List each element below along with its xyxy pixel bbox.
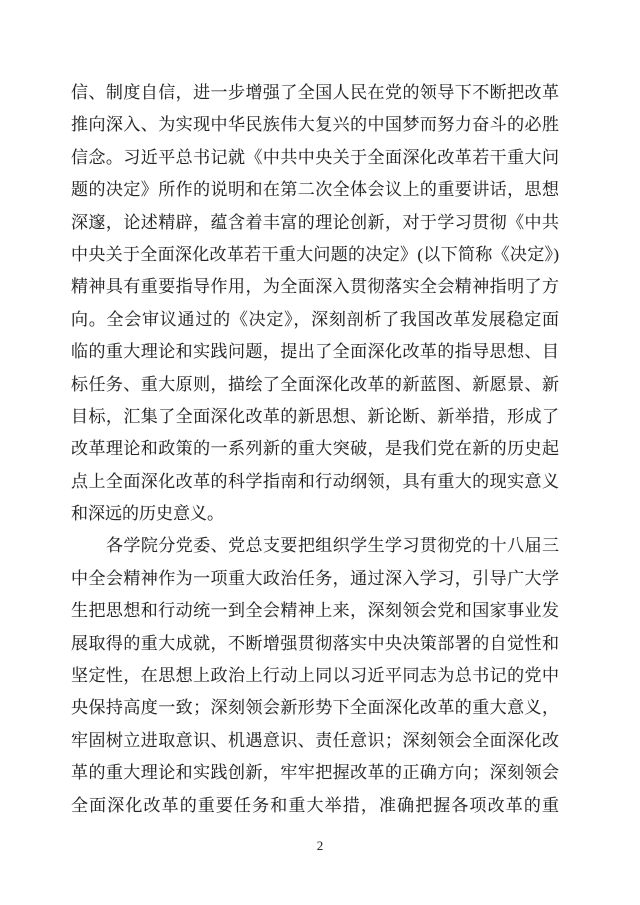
text-line: 牢固树立进取意识、机遇意识、责任意识；深刻领会全面深化改 [71,725,559,757]
text-line: 点上全面深化改革的科学指南和行动纲领，具有重大的现实意义 [71,466,559,498]
text-line: 央保持高度一致；深刻领会新形势下全面深化改革的重大意义， [71,692,559,724]
text-line: 生把思想和行动统一到全会精神上来，深刻领会党和国家事业发 [71,595,559,627]
page-number: 2 [0,838,640,854]
document-page: 信、制度自信，进一步增强了全国人民在党的领导下不断把改革推向深入、为实现中华民族… [0,0,640,905]
text-line: 深邃，论述精辟，蕴含着丰富的理论创新，对于学习贯彻《中共 [71,207,559,239]
text-line: 中央关于全面深化改革若干重大问题的决定》(以下简称《决定》) [71,239,559,271]
text-line: 信、制度自信，进一步增强了全国人民在党的领导下不断把改革 [71,77,559,109]
text-line: 目标，汇集了全面深化改革的新思想、新论断、新举措，形成了 [71,401,559,433]
text-line: 推向深入、为实现中华民族伟大复兴的中国梦而努力奋斗的必胜 [71,109,559,141]
text-line: 临的重大理论和实践问题，提出了全面深化改革的指导思想、目 [71,336,559,368]
text-line: 精神具有重要指导作用，为全面深入贯彻落实全会精神指明了方 [71,271,559,303]
text-line: 向。全会审议通过的《决定》，深刻剖析了我国改革发展稳定面 [71,304,559,336]
text-line: 标任务、重大原则，描绘了全面深化改革的新蓝图、新愿景、新 [71,369,559,401]
text-line: 信念。习近平总书记就《中共中央关于全面深化改革若干重大问 [71,142,559,174]
text-line: 题的决定》所作的说明和在第二次全体会议上的重要讲话，思想 [71,174,559,206]
text-line: 和深远的历史意义。 [71,498,559,530]
text-line: 各学院分党委、党总支要把组织学生学习贯彻党的十八届三 [71,530,559,562]
page-body-text: 信、制度自信，进一步增强了全国人民在党的领导下不断把改革推向深入、为实现中华民族… [71,77,559,822]
text-line: 坚定性，在思想上政治上行动上同以习近平同志为总书记的党中 [71,660,559,692]
text-line: 展取得的重大成就，不断增强贯彻落实中央决策部署的自觉性和 [71,628,559,660]
text-line: 革的重大理论和实践创新，牢牢把握改革的正确方向；深刻领会 [71,757,559,789]
text-line: 中全会精神作为一项重大政治任务，通过深入学习，引导广大学 [71,563,559,595]
text-line: 改革理论和政策的一系列新的重大突破，是我们党在新的历史起 [71,433,559,465]
text-line: 全面深化改革的重要任务和重大举措，准确把握各项改革的重 [71,790,559,822]
